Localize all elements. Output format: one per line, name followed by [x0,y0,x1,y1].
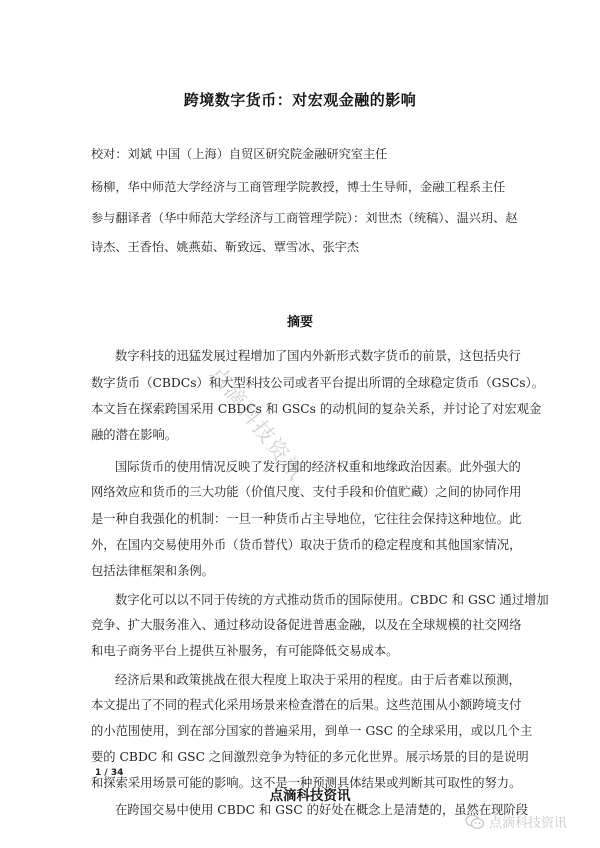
paragraph-line: 竞争、扩大服务准入、通过移动设备促进普惠金融，以及在全球规模的社交网络 [91,615,521,633]
paragraph-line: 本文旨在探索跨国采用 CBDCs 和 GSCs 的动机间的复杂关系，并讨论了对宏… [91,399,541,417]
translators-line-continued: 诗杰、王香怡、姚燕茹、靳致远、覃雪冰、张宇杰 [91,238,359,255]
document-page: 跨境数字货币：对宏观金融的影响 校对：刘斌 中国（上海）自贸区研究院金融研究室主… [0,0,600,848]
paragraph-line: 数字科技的迅猛发展过程增加了国内外新形式数字货币的前景，这包括央行 [115,346,521,364]
paragraph-line: 数字货币（CBDCs）和大型科技公司或者平台提出所谓的全球稳定货币（GSCs）。 [91,373,544,391]
translators-line: 参与翻译者（华中师范大学经济与工商管理学院）：刘世杰（统稿）、温兴玥、赵 [91,209,518,226]
paragraph-line: 包括法律框架和条例。 [91,561,214,579]
paragraph-line: 融的潜在影响。 [91,425,177,443]
wechat-label: 点滴科技资讯 [489,812,567,831]
paragraph-line: 的小范围使用，到在部分国家的普遍采用，到单一 GSC 的全球采用，或以几个主 [91,721,532,739]
paragraph-line: 网络效应和货币的三大功能（价值尺度、支付手段和价值贮藏）之间的协同作用 [91,482,521,500]
page-number: 1 / 34 [95,768,123,778]
paragraph-line: 本文提出了不同的程式化采用场景来检查潜在的后果。这些范围从小额跨境支付 [91,695,521,713]
paragraph-line: 要的 CBDC 和 GSC 之间激烈竞争为特征的多元化世界。展示场景的目的是说明 [91,747,529,765]
paragraph-line: 国际货币的使用情况反映了发行国的经济权重和地缘政治因素。此外强大的 [115,457,521,475]
paragraph-line: 是一种自我强化的机制：一旦一种货币占主导地位，它往往会保持这种地位。此 [91,509,521,527]
paragraph-line: 外，在国内交易使用外币（货币替代）取决于货币的稳定程度和其他国家情况， [91,535,521,553]
footer-brand: 点滴科技资讯 [0,784,600,804]
abstract-heading: 摘要 [0,311,600,330]
wechat-watermark: 点滴科技资讯 [465,812,567,831]
paragraph-line: 数字化可以以不同于传统的方式推动货币的国际使用。CBDC 和 GSC 通过增加 [115,590,549,608]
paragraph-line: 经济后果和政策挑战在很大程度上取决于采用的程度。由于后者难以预测， [115,670,521,688]
author-line: 杨柳，华中师范大学经济与工商管理学院教授，博士生导师，金融工程系主任 [91,178,505,195]
proofreader-line: 校对：刘斌 中国（上海）自贸区研究院金融研究室主任 [91,145,387,162]
document-title: 跨境数字货币：对宏观金融的影响 [0,89,600,110]
wechat-icon [465,814,485,830]
paragraph-line: 和电子商务平台上提供互补服务，有可能降低交易成本。 [91,641,398,659]
